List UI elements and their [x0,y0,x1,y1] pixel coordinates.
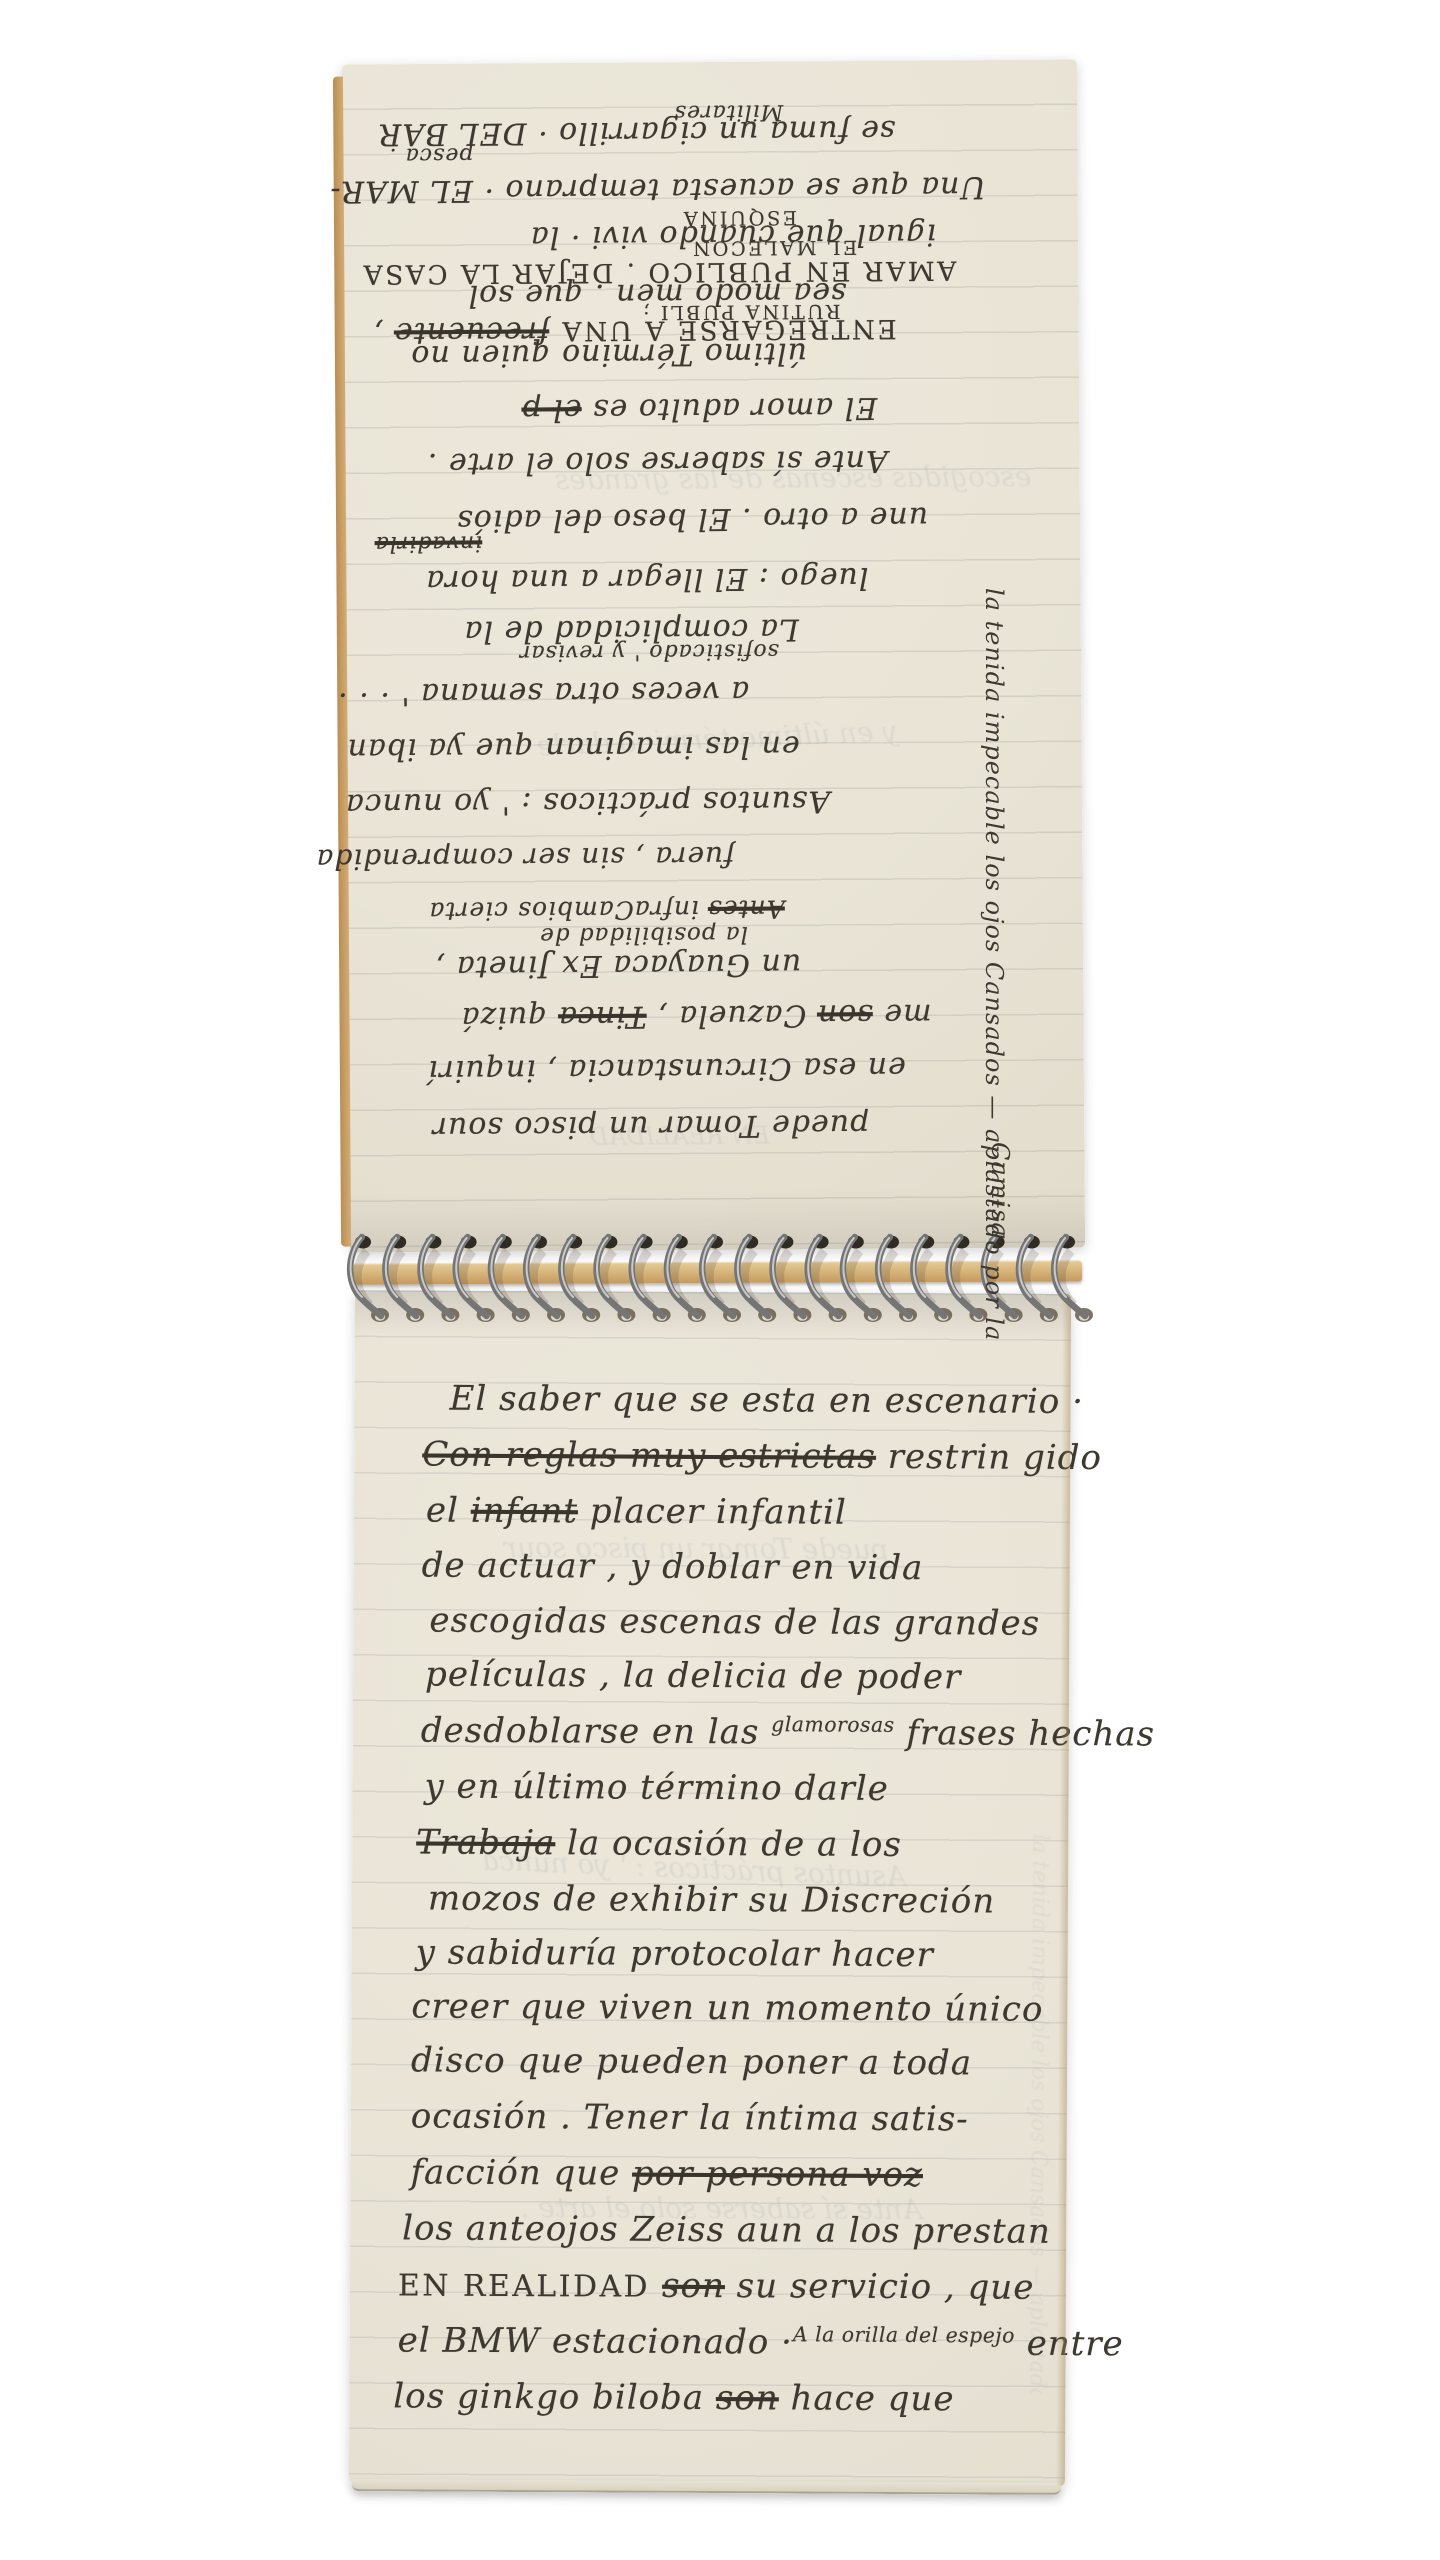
handwriting-segment: frecuente [394,314,549,350]
handwriting-line: escogidas escenas de las grandes [429,1601,1040,1644]
handwriting-line: creer que viven un momento único [411,1986,1043,2029]
handwriting-line: la posibilidad de [539,921,748,948]
handwriting-segment: los ginkgo biloba [393,2376,716,2418]
handwriting-segment: Cazuela , [647,998,818,1034]
handwriting-segment: un Guayaca Ex Jineta , [435,947,802,985]
handwriting-line: ocasión . Tener la íntima satis- [411,2096,969,2139]
handwriting-segment: La complicidad de la [463,612,798,649]
handwriting-segment: creer que viven un momento único [411,1986,1043,2029]
bottom-page-handwriting: El saber que se esta en escenario ·Con r… [349,1290,1071,2486]
handwriting-segment: desdoblarse en las [421,1711,772,1753]
handwriting-line: los ginkgo biloba son hace que [393,2376,954,2419]
handwriting-segment: quizá [461,999,559,1035]
handwriting-segment: glamorosas [771,1712,895,1737]
handwriting-segment: me [873,997,932,1032]
handwriting-segment: entre [1015,2324,1124,2365]
handwriting-segment: frases hechas [895,1713,1156,1754]
handwriting-line: desdoblarse en las glamorosas frases hec… [421,1710,1155,1754]
top-page-rotated-content: puede Tomar un pisco souren esa Circunst… [342,59,1085,1252]
handwriting-line: me son Cazuela , Tinca quizá [461,997,932,1035]
handwriting-segment: A la orilla del espejo [793,2322,1015,2347]
handwriting-line: el infant placer infantil [426,1491,847,1533]
handwriting-segment: son [662,2266,725,2306]
handwriting-segment: El amor adulto es [581,390,877,427]
handwriting-line: ESQUINA [681,205,797,231]
handwriting-segment: fuera , sin ser comprendida [316,840,735,876]
handwriting-line: Militares [674,99,784,125]
handwriting-line: mozos de exhibir su Discreción [428,1879,995,1922]
top-page: escogidas escenas de las grandes y en úl… [342,59,1085,1252]
handwriting-line: en las imaginan que ya iban [347,729,800,767]
handwriting-line: La complicidad de la [463,612,798,649]
handwriting-segment: placer infantil [578,1491,847,1532]
handwriting-segment: ocasión . Tener la íntima satis- [411,2096,969,2139]
handwriting-segment: , [373,315,394,350]
handwriting-segment: facción que [410,2152,632,2193]
handwriting-segment: Trabaja [416,1822,555,1863]
handwriting-line: EN REALIDAD son su servicio , que [398,2264,1035,2307]
handwriting-segment: los anteojos Zeiss aun a los prestan [402,2208,1051,2251]
handwriting-line: y en último término darle [424,1767,888,1809]
handwriting-segment: son [716,2378,779,2418]
handwriting-line: Una que se acuesta temprano · EL MAR- [329,169,986,209]
handwriting-segment: disco que pueden poner a toda [411,2040,972,2083]
handwriting-segment: luego : El llegar a una hora [425,560,868,598]
handwriting-line: AMAR EN PUBLICO . DEJAR LA CASA [361,254,956,293]
handwriting-segment: mozos de exhibir su Discreción [428,1879,995,1922]
handwriting-segment: Militares [674,99,784,125]
handwriting-line: el BMW estacionado ·A la orilla del espe… [398,2320,1124,2364]
handwriting-segment: en esa Circunstancia , inquirí [428,1050,906,1088]
handwriting-segment: infraCambios cierta [428,895,708,926]
handwriting-segment: la posibilidad de [539,921,748,948]
handwriting-line: puede Tomar un pisco sour [432,1107,870,1145]
handwriting-segment: en las imaginan que ya iban [347,729,800,767]
handwriting-segment: AMAR EN PUBLICO . DEJAR LA CASA [361,255,956,290]
handwriting-line: El saber que se esta en escenario · [449,1379,1084,1422]
handwriting-line: disco que pueden poner a toda [411,2040,972,2083]
bottom-page: puede Tomar un pisco sour Asuntos prácti… [349,1290,1071,2486]
handwriting-line: se fuma un cigarrillo · DEL BAR [378,113,896,152]
handwriting-segment: El saber que se esta en escenario · [449,1379,1084,1422]
top-page-handwriting: puede Tomar un pisco souren esa Circunst… [342,59,1085,1252]
handwriting-line: une a otro . El beso del adiós [456,500,928,538]
handwriting-segment: la ocasión de a los [555,1823,902,1865]
handwriting-segment: y sabiduría protocolar hacer [416,1932,934,1975]
handwriting-segment: hace que [779,2378,955,2419]
handwriting-segment: Tinca [558,999,647,1035]
handwriting-line: películas , la delicia de poder [425,1655,961,1698]
handwriting-line: Ante sí saberse solo el arte . [427,443,888,481]
handwriting-line: Antes infraCambios cierta [428,894,784,925]
handwriting-line: El amor adulto es el p [521,390,877,427]
handwriting-segment: ESQUINA [681,206,797,230]
margin-note-2: Camisa [986,1142,1014,1238]
handwriting-line: fuera , sin ser comprendida [316,840,735,876]
handwriting-segment: se fuma un cigarrillo · DEL BAR [378,113,896,152]
handwriting-line: en esa Circunstancia , inquirí [428,1050,906,1088]
handwriting-line: los anteojos Zeiss aun a los prestan [402,2208,1051,2251]
handwriting-segment: une a otro . El beso del adiós [456,500,928,538]
handwriting-segment: el [426,1491,471,1531]
handwriting-segment: a veces otra semana ' · · · [337,674,749,712]
handwriting-segment: de actuar , y doblar en vida [422,1545,924,1588]
handwriting-segment: restrin gido [876,1437,1102,1478]
handwriting-line: un Guayaca Ex Jineta , [435,947,802,985]
handwriting-segment: EN REALIDAD [398,2268,662,2304]
handwriting-segment: y en último término darle [424,1767,888,1809]
handwriting-segment: Antes [708,894,785,924]
handwriting-segment: Con reglas muy estrictas [422,1434,876,1476]
handwriting-segment: puede Tomar un pisco sour [432,1107,870,1145]
handwriting-segment: por persona voz [632,2154,923,2196]
handwriting-line: Asuntos prácticos : ' yo nunca [345,783,830,821]
handwriting-segment: el BMW estacionado · [398,2320,793,2362]
handwriting-segment: son [817,997,873,1032]
handwriting-segment: su servicio , que [725,2266,1035,2308]
handwriting-segment: el p [521,392,581,427]
handwriting-segment: películas , la delicia de poder [425,1655,961,1698]
handwriting-line: Trabaja la ocasión de a los [416,1822,902,1865]
handwriting-line: Con reglas muy estrictas restrin gido [422,1434,1102,1478]
handwriting-segment: infant [471,1491,578,1532]
handwriting-segment: Ante sí saberse solo el arte . [427,443,888,481]
handwriting-segment: Asuntos prácticos : ' yo nunca [345,783,830,821]
handwriting-line: a veces otra semana ' · · · [337,674,749,712]
handwriting-line: y sabiduría protocolar hacer [416,1932,934,1975]
handwriting-line: facción que por persona voz [410,2152,923,2195]
handwriting-line: de actuar , y doblar en vida [422,1545,924,1588]
handwriting-segment: escogidas escenas de las grandes [429,1601,1040,1644]
handwriting-line: luego : El llegar a una hora [425,560,868,598]
handwriting-segment: Una que se acuesta temprano · EL MAR- [329,169,986,209]
